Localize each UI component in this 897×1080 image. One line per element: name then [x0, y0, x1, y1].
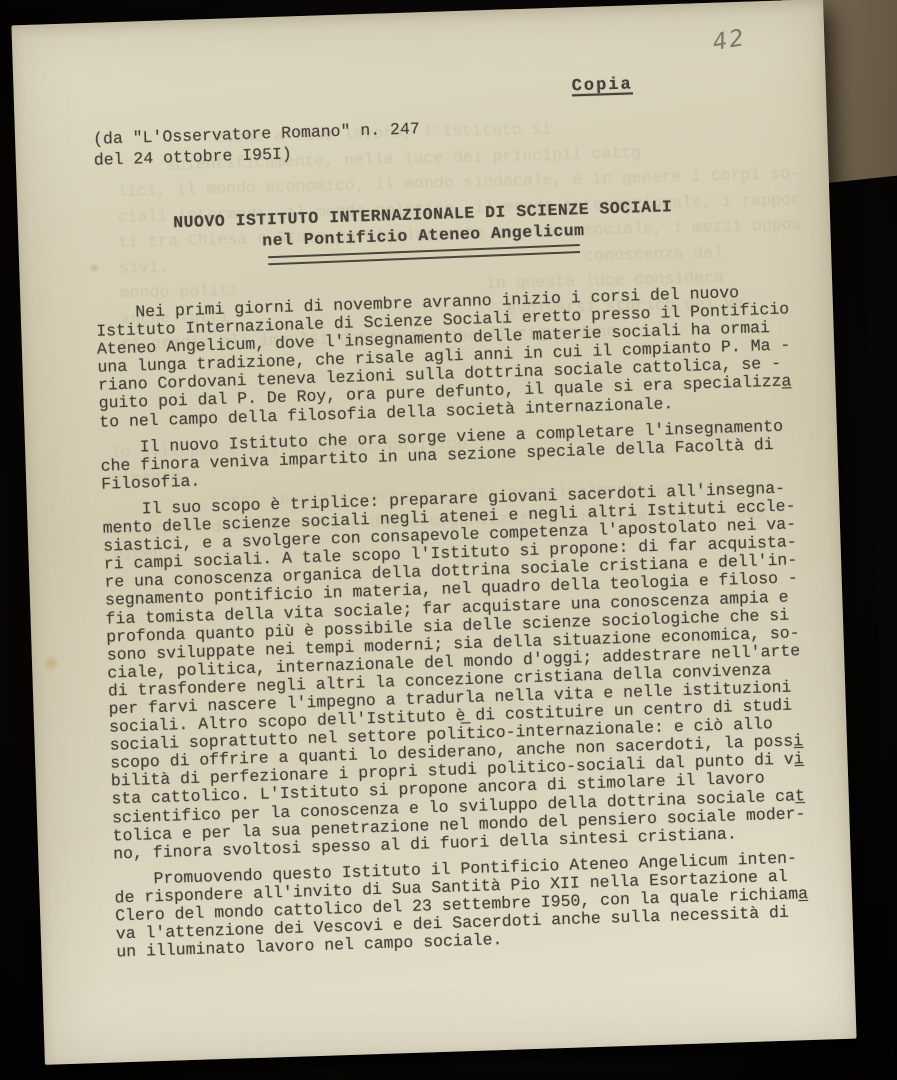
copy-label: Copia [571, 75, 633, 96]
handwritten-page-number: 42 [711, 17, 794, 56]
photo-background: zione a tale lavoro, l'Istituto si scien… [0, 0, 897, 1080]
source-note: (da "L'Osservatore Romano" n. 247 del 24… [93, 118, 421, 171]
paragraph-1: Nei primi giorni di novembre avranno ini… [95, 282, 814, 432]
paragraph-4: Promuovendo questo Istituto il Pontifici… [114, 848, 832, 962]
document-title: NUOVO ISTITUTO INTERNAZIONALE DI SCIENZE… [93, 194, 754, 270]
paragraph-3: Il suo scopo è triplice: preparare giova… [102, 479, 828, 864]
document-body: Nei primi giorni di novembre avranno ini… [95, 282, 831, 970]
paper-stain [42, 654, 61, 673]
document-page: zione a tale lavoro, l'Istituto si scien… [11, 0, 856, 1065]
